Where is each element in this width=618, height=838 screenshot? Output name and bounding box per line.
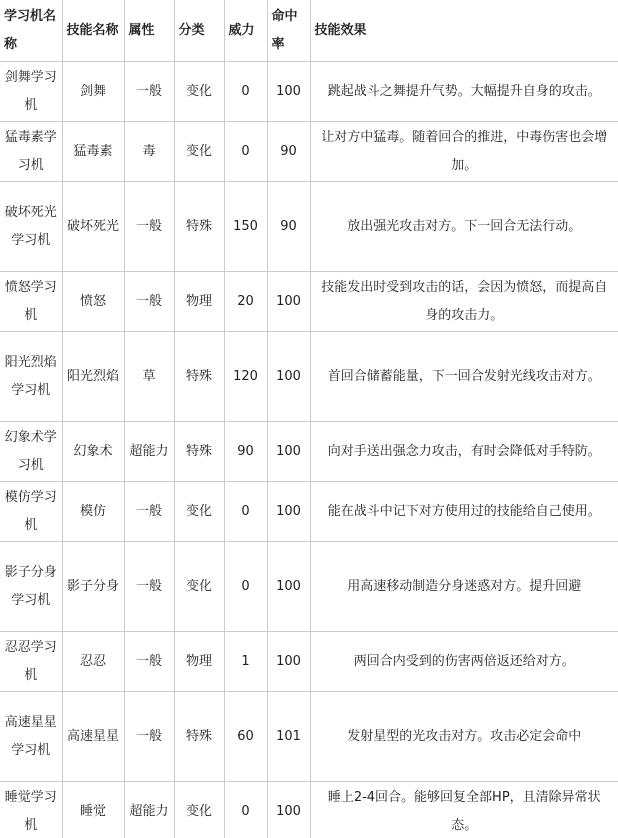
cell-category: 变化 bbox=[174, 62, 224, 122]
cell-skill-name: 高速星星 bbox=[62, 692, 124, 782]
cell-type: 一般 bbox=[124, 182, 174, 272]
cell-skill-name: 模仿 bbox=[62, 482, 124, 542]
cell-category: 特殊 bbox=[174, 332, 224, 422]
cell-skill-name: 忍忍 bbox=[62, 632, 124, 692]
cell-effect: 首回合储蓄能量，下一回合发射光线攻击对方。 bbox=[310, 332, 618, 422]
skill-machine-table: 学习机名称 技能名称 属性 分类 威力 命中率 技能效果 剑舞学习机 剑舞 一般… bbox=[0, 0, 618, 838]
cell-category: 特殊 bbox=[174, 422, 224, 482]
cell-accuracy: 100 bbox=[267, 332, 310, 422]
cell-power: 0 bbox=[224, 62, 267, 122]
cell-accuracy: 101 bbox=[267, 692, 310, 782]
cell-type: 一般 bbox=[124, 62, 174, 122]
cell-effect: 睡上2-4回合。能够回复全部HP，且清除异常状态。 bbox=[310, 782, 618, 838]
cell-type: 超能力 bbox=[124, 422, 174, 482]
cell-tm-name: 愤怒学习机 bbox=[0, 272, 62, 332]
table-row: 影子分身学习机 影子分身 一般 变化 0 100 用高速移动制造分身迷惑对方。提… bbox=[0, 542, 618, 632]
cell-power: 90 bbox=[224, 422, 267, 482]
table-row: 忍忍学习机 忍忍 一般 物理 1 100 两回合内受到的伤害两倍返还给对方。 bbox=[0, 632, 618, 692]
cell-skill-name: 阳光烈焰 bbox=[62, 332, 124, 422]
header-accuracy: 命中率 bbox=[267, 0, 310, 62]
cell-type: 毒 bbox=[124, 122, 174, 182]
cell-category: 物理 bbox=[174, 272, 224, 332]
cell-tm-name: 猛毒素学习机 bbox=[0, 122, 62, 182]
cell-tm-name: 影子分身学习机 bbox=[0, 542, 62, 632]
table-row: 模仿学习机 模仿 一般 变化 0 100 能在战斗中记下对方使用过的技能给自己使… bbox=[0, 482, 618, 542]
cell-effect: 用高速移动制造分身迷惑对方。提升回避 bbox=[310, 542, 618, 632]
cell-accuracy: 100 bbox=[267, 422, 310, 482]
table-row: 猛毒素学习机 猛毒素 毒 变化 0 90 让对方中猛毒。随着回合的推进，中毒伤害… bbox=[0, 122, 618, 182]
cell-category: 变化 bbox=[174, 542, 224, 632]
cell-category: 物理 bbox=[174, 632, 224, 692]
cell-effect: 技能发出时受到攻击的话，会因为愤怒，而提高自身的攻击力。 bbox=[310, 272, 618, 332]
cell-accuracy: 100 bbox=[267, 62, 310, 122]
cell-accuracy: 100 bbox=[267, 272, 310, 332]
cell-effect: 向对手送出强念力攻击，有时会降低对手特防。 bbox=[310, 422, 618, 482]
header-effect: 技能效果 bbox=[310, 0, 618, 62]
header-power: 威力 bbox=[224, 0, 267, 62]
cell-type: 超能力 bbox=[124, 782, 174, 838]
cell-category: 特殊 bbox=[174, 182, 224, 272]
cell-accuracy: 100 bbox=[267, 782, 310, 838]
cell-tm-name: 阳光烈焰学习机 bbox=[0, 332, 62, 422]
table-row: 睡觉学习机 睡觉 超能力 变化 0 100 睡上2-4回合。能够回复全部HP，且… bbox=[0, 782, 618, 838]
cell-type: 草 bbox=[124, 332, 174, 422]
cell-skill-name: 睡觉 bbox=[62, 782, 124, 838]
cell-power: 0 bbox=[224, 122, 267, 182]
table-row: 高速星星学习机 高速星星 一般 特殊 60 101 发射星型的光攻击对方。攻击必… bbox=[0, 692, 618, 782]
cell-power: 0 bbox=[224, 782, 267, 838]
cell-skill-name: 猛毒素 bbox=[62, 122, 124, 182]
cell-effect: 能在战斗中记下对方使用过的技能给自己使用。 bbox=[310, 482, 618, 542]
cell-tm-name: 破坏死光学习机 bbox=[0, 182, 62, 272]
cell-type: 一般 bbox=[124, 272, 174, 332]
cell-accuracy: 90 bbox=[267, 122, 310, 182]
table-row: 幻象术学习机 幻象术 超能力 特殊 90 100 向对手送出强念力攻击，有时会降… bbox=[0, 422, 618, 482]
cell-type: 一般 bbox=[124, 482, 174, 542]
table-row: 破坏死光学习机 破坏死光 一般 特殊 150 90 放出强光攻击对方。下一回合无… bbox=[0, 182, 618, 272]
cell-tm-name: 剑舞学习机 bbox=[0, 62, 62, 122]
cell-type: 一般 bbox=[124, 632, 174, 692]
header-type: 属性 bbox=[124, 0, 174, 62]
cell-accuracy: 90 bbox=[267, 182, 310, 272]
header-row: 学习机名称 技能名称 属性 分类 威力 命中率 技能效果 bbox=[0, 0, 618, 62]
cell-accuracy: 100 bbox=[267, 482, 310, 542]
cell-tm-name: 幻象术学习机 bbox=[0, 422, 62, 482]
cell-power: 0 bbox=[224, 482, 267, 542]
cell-power: 0 bbox=[224, 542, 267, 632]
header-category: 分类 bbox=[174, 0, 224, 62]
cell-power: 1 bbox=[224, 632, 267, 692]
cell-type: 一般 bbox=[124, 542, 174, 632]
cell-tm-name: 睡觉学习机 bbox=[0, 782, 62, 838]
table-row: 剑舞学习机 剑舞 一般 变化 0 100 跳起战斗之舞提升气势。大幅提升自身的攻… bbox=[0, 62, 618, 122]
cell-category: 特殊 bbox=[174, 692, 224, 782]
cell-effect: 放出强光攻击对方。下一回合无法行动。 bbox=[310, 182, 618, 272]
cell-category: 变化 bbox=[174, 122, 224, 182]
cell-power: 20 bbox=[224, 272, 267, 332]
cell-power: 120 bbox=[224, 332, 267, 422]
cell-category: 变化 bbox=[174, 782, 224, 838]
cell-skill-name: 幻象术 bbox=[62, 422, 124, 482]
cell-skill-name: 破坏死光 bbox=[62, 182, 124, 272]
cell-skill-name: 愤怒 bbox=[62, 272, 124, 332]
cell-skill-name: 影子分身 bbox=[62, 542, 124, 632]
cell-power: 150 bbox=[224, 182, 267, 272]
table-row: 愤怒学习机 愤怒 一般 物理 20 100 技能发出时受到攻击的话，会因为愤怒，… bbox=[0, 272, 618, 332]
cell-effect: 让对方中猛毒。随着回合的推进，中毒伤害也会增加。 bbox=[310, 122, 618, 182]
cell-effect: 两回合内受到的伤害两倍返还给对方。 bbox=[310, 632, 618, 692]
table-row: 阳光烈焰学习机 阳光烈焰 草 特殊 120 100 首回合储蓄能量，下一回合发射… bbox=[0, 332, 618, 422]
cell-accuracy: 100 bbox=[267, 632, 310, 692]
header-tm-name: 学习机名称 bbox=[0, 0, 62, 62]
cell-category: 变化 bbox=[174, 482, 224, 542]
cell-type: 一般 bbox=[124, 692, 174, 782]
cell-accuracy: 100 bbox=[267, 542, 310, 632]
cell-tm-name: 模仿学习机 bbox=[0, 482, 62, 542]
cell-effect: 跳起战斗之舞提升气势。大幅提升自身的攻击。 bbox=[310, 62, 618, 122]
cell-skill-name: 剑舞 bbox=[62, 62, 124, 122]
cell-effect: 发射星型的光攻击对方。攻击必定会命中 bbox=[310, 692, 618, 782]
cell-tm-name: 忍忍学习机 bbox=[0, 632, 62, 692]
header-skill-name: 技能名称 bbox=[62, 0, 124, 62]
cell-power: 60 bbox=[224, 692, 267, 782]
cell-tm-name: 高速星星学习机 bbox=[0, 692, 62, 782]
